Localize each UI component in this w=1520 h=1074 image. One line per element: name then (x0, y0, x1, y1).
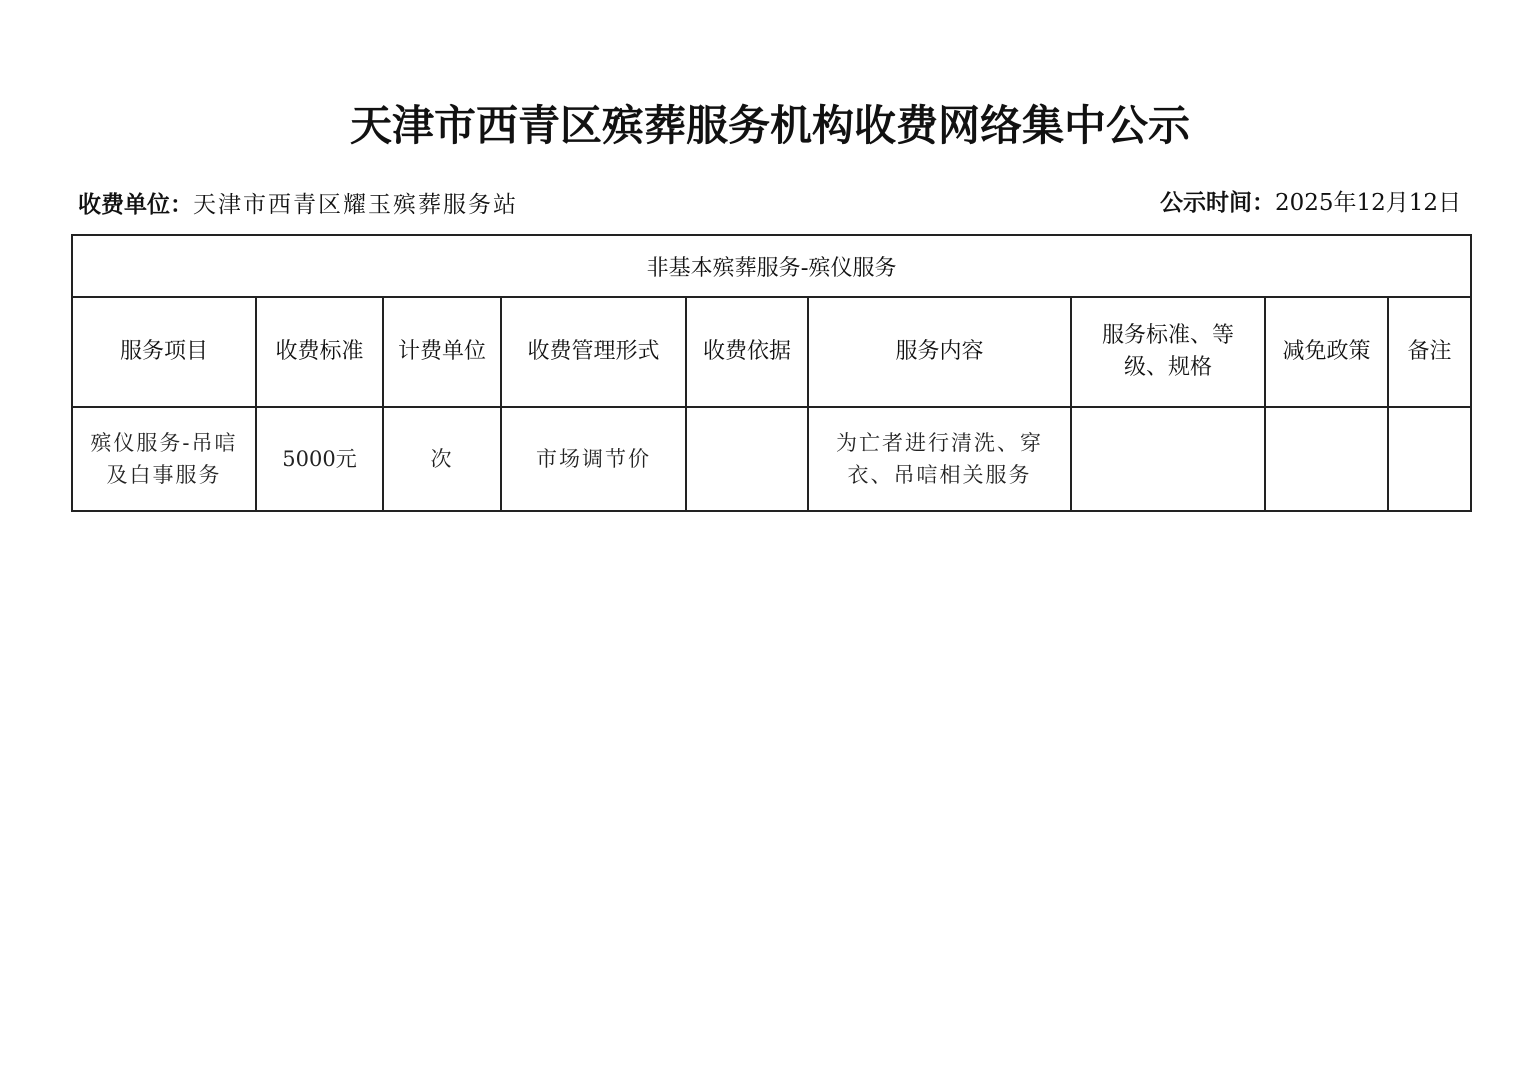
column-header-service-content: 服务内容 (808, 297, 1071, 407)
column-header-remarks: 备注 (1388, 297, 1471, 407)
section-row: 非基本殡葬服务-殡仪服务 (72, 235, 1471, 297)
header-row: 服务项目 收费标准 计费单位 收费管理形式 收费依据 服务内容 服务标准、等级、… (72, 297, 1471, 407)
table-row: 殡仪服务-吊唁及白事服务 5000元 次 市场调节价 为亡者进行清洗、穿衣、吊唁… (72, 407, 1471, 511)
cell-remarks (1388, 407, 1471, 511)
column-header-service-item: 服务项目 (72, 297, 256, 407)
charging-unit: 收费单位：天津市西青区耀玉殡葬服务站 (78, 190, 518, 220)
cell-management-form: 市场调节价 (501, 407, 686, 511)
column-header-fee-standard: 收费标准 (256, 297, 383, 407)
publish-time: 公示时间：2025年12月12日 (1160, 188, 1461, 218)
cell-service-standard (1071, 407, 1265, 511)
cell-billing-unit: 次 (383, 407, 501, 511)
column-header-fee-basis: 收费依据 (686, 297, 808, 407)
publish-time-label: 公示时间： (1160, 190, 1275, 216)
column-header-service-standard: 服务标准、等级、规格 (1071, 297, 1265, 407)
publish-time-value: 2025年12月12日 (1275, 190, 1461, 216)
section-title: 非基本殡葬服务-殡仪服务 (72, 235, 1471, 297)
cell-fee-basis (686, 407, 808, 511)
cell-reduction-policy (1265, 407, 1388, 511)
column-header-reduction-policy: 减免政策 (1265, 297, 1388, 407)
page-title: 天津市西青区殡葬服务机构收费网络集中公示 (0, 96, 1520, 156)
column-header-management-form: 收费管理形式 (501, 297, 686, 407)
charging-unit-label: 收费单位： (78, 192, 193, 218)
fee-table: 非基本殡葬服务-殡仪服务 服务项目 收费标准 计费单位 收费管理形式 收费依据 … (71, 234, 1472, 512)
cell-service-item: 殡仪服务-吊唁及白事服务 (72, 407, 256, 511)
column-header-billing-unit: 计费单位 (383, 297, 501, 407)
charging-unit-value: 天津市西青区耀玉殡葬服务站 (193, 192, 518, 218)
cell-service-content: 为亡者进行清洗、穿衣、吊唁相关服务 (808, 407, 1071, 511)
cell-fee-standard: 5000元 (256, 407, 383, 511)
